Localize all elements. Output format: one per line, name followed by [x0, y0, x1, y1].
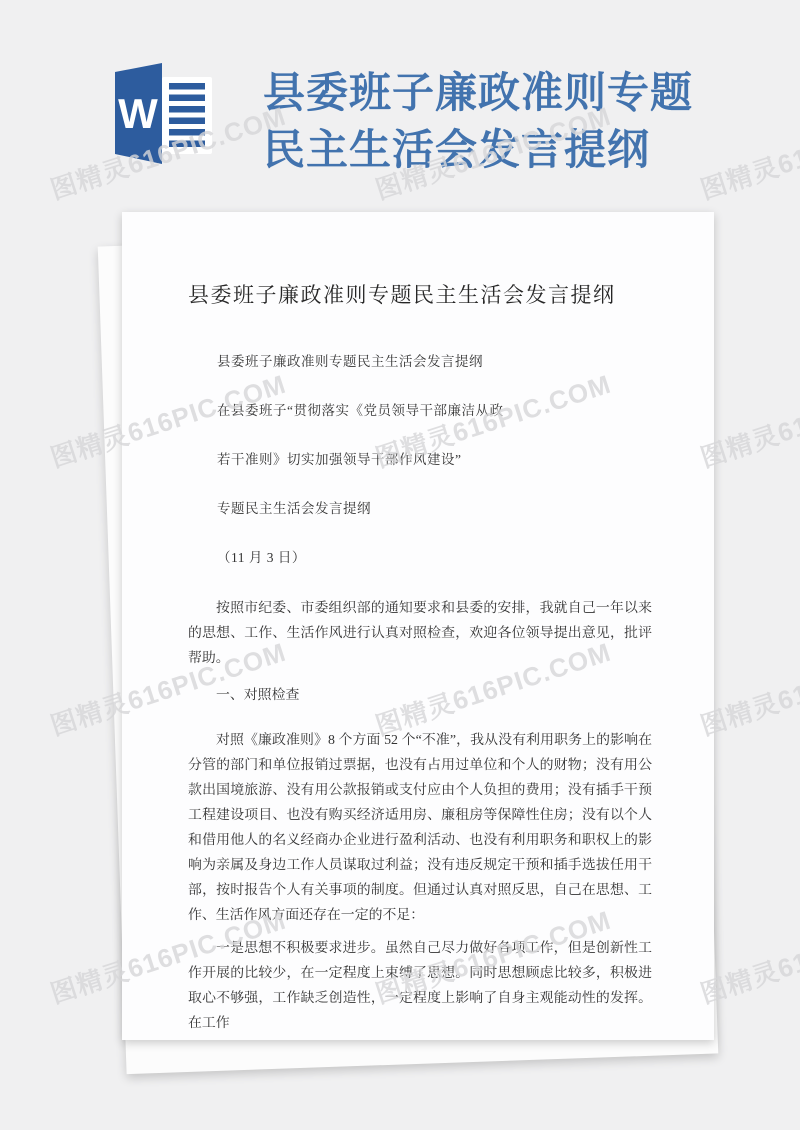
page-title-line1: 县委班子廉政准则专题: [263, 64, 693, 121]
doc-paragraph-issue1: 一是思想不积极要求进步。虽然自己尽力做好各项工作，但是创新性工作开展的比较少，在…: [188, 936, 652, 1036]
paper-page: 县委班子廉政准则专题民主生活会发言提纲 县委班子廉政准则专题民主生活会发言提纲 …: [122, 212, 714, 1040]
doc-title-block-line: 专题民主生活会发言提纲: [217, 501, 652, 517]
paper-content: 县委班子廉政准则专题民主生活会发言提纲 县委班子廉政准则专题民主生活会发言提纲 …: [122, 212, 714, 1036]
doc-title-block-line: 在县委班子“贯彻落实《党员领导干部廉洁从政: [217, 403, 652, 419]
doc-title-block-line: 若干准则》切实加强领导干部作风建设”: [217, 452, 652, 468]
header: W 县委班子廉政准则专题 民主生活会发言提纲: [0, 0, 800, 212]
doc-title: 县委班子廉政准则专题民主生活会发言提纲: [188, 212, 652, 307]
word-icon-graphic: W: [112, 62, 212, 164]
doc-date-line: （11 月 3 日）: [217, 550, 652, 566]
word-file-icon: W: [112, 62, 212, 164]
doc-title-block-line: 县委班子廉政准则专题民主生活会发言提纲: [217, 354, 652, 370]
doc-paragraph-review: 对照《廉政准则》8 个方面 52 个“不准”，我从没有利用职务上的影响在分管的部…: [188, 728, 652, 928]
page-title: 县委班子廉政准则专题 民主生活会发言提纲: [263, 64, 693, 178]
page-title-line2: 民主生活会发言提纲: [263, 121, 693, 178]
page: { "header": { "title_line1": "县委班子廉政准则专题…: [0, 0, 800, 1130]
word-icon-letter: W: [118, 90, 158, 137]
document-preview: 县委班子廉政准则专题民主生活会发言提纲 县委班子廉政准则专题民主生活会发言提纲 …: [122, 212, 714, 1040]
doc-paragraph-intro: 按照市纪委、市委组织部的通知要求和县委的安排，我就自己一年以来的思想、工作、生活…: [188, 596, 652, 671]
doc-section-heading: 一、对照检查: [188, 683, 652, 708]
